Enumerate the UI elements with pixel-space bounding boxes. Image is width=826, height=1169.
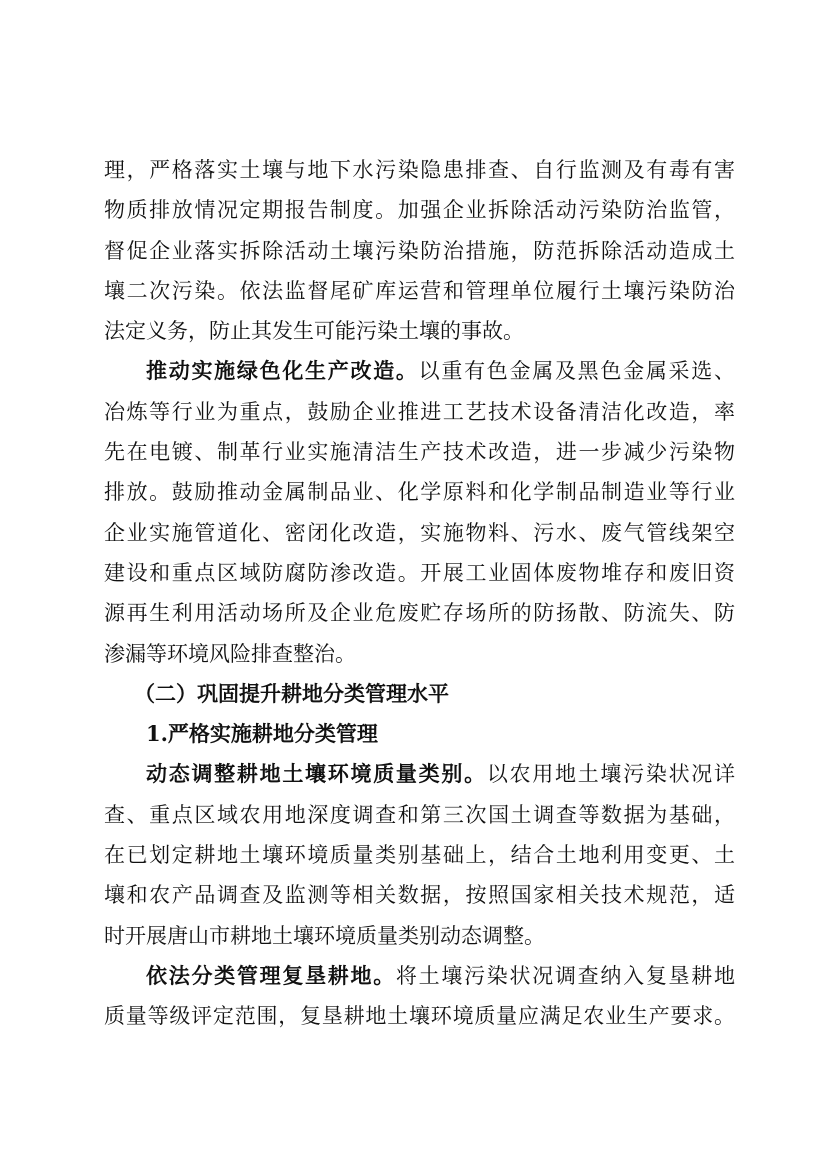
paragraph-reclaimed-farmland: 依法分类管理复垦耕地。将土壤污染状况调查纳入复垦耕地 质量等级评定范围，复垦耕地… (104, 956, 735, 1037)
text-line: 在已划定耕地土壤环境质量类别基础上，结合土地利用变更、土 (104, 835, 735, 875)
paragraph-text: 以重有色金属及黑色金属采选、 (419, 359, 735, 383)
text-line: 建设和重点区域防腐防渗改造。开展工业固体废物堆存和废旧资 (104, 553, 735, 593)
text-line: 推动实施绿色化生产改造。以重有色金属及黑色金属采选、 (104, 351, 735, 391)
text-line: 动态调整耕地土壤环境质量类别。以农用地土壤污染状况详 (104, 754, 735, 794)
paragraph-dynamic-adjustment: 动态调整耕地土壤环境质量类别。以农用地土壤污染状况详 查、重点区域农用地深度调查… (104, 754, 735, 955)
text-line: 壤和农产品调查及监测等相关数据，按照国家相关技术规范，适 (104, 875, 735, 915)
section-heading: （二）巩固提升耕地分类管理水平 (104, 674, 735, 714)
text-line: 质量等级评定范围，复垦耕地土壤环境质量应满足农业生产要求。 (104, 996, 735, 1036)
text-line: 源再生利用活动场所及企业危废贮存场所的防扬散、防流失、防 (104, 593, 735, 633)
paragraph-text: 将土壤污染状况调查纳入复垦耕地 (396, 964, 735, 988)
text-line: 依法分类管理复垦耕地。将土壤污染状况调查纳入复垦耕地 (104, 956, 735, 996)
text-line: 企业实施管道化、密闭化改造，实施物料、污水、废气管线架空 (104, 513, 735, 553)
subsection-heading: 1.严格实施耕地分类管理 (104, 714, 735, 754)
document-page: 理，严格落实土壤与地下水污染隐患排查、自行监测及有毒有害 物质排放情况定期报告制… (104, 150, 735, 1037)
text-line: 理，严格落实土壤与地下水污染隐患排查、自行监测及有毒有害 (104, 150, 735, 190)
text-line: 督促企业落实拆除活动土壤污染防治措施，防范拆除活动造成土 (104, 231, 735, 271)
text-line: 先在电镀、制革行业实施清洁生产技术改造，进一步减少污染物 (104, 432, 735, 472)
paragraph-lead-bold: 依法分类管理复垦耕地。 (146, 964, 396, 988)
text-line: 冶炼等行业为重点，鼓励企业推进工艺技术设备清洁化改造，率 (104, 392, 735, 432)
text-line: 排放。鼓励推动金属制品业、化学原料和化学制品制造业等行业 (104, 472, 735, 512)
paragraph-lead-bold: 推动实施绿色化生产改造。 (146, 359, 419, 383)
text-line: 壤二次污染。依法监督尾矿库运营和管理单位履行土壤污染防治 (104, 271, 735, 311)
paragraph-green-production: 推动实施绿色化生产改造。以重有色金属及黑色金属采选、 冶炼等行业为重点，鼓励企业… (104, 351, 735, 673)
paragraph-text: 以农用地土壤污染状况详 (487, 762, 735, 786)
text-line: 查、重点区域农用地深度调查和第三次国土调查等数据为基础， (104, 795, 735, 835)
paragraph-soil-pollution-supervision: 理，严格落实土壤与地下水污染隐患排查、自行监测及有毒有害 物质排放情况定期报告制… (104, 150, 735, 351)
paragraph-lead-bold: 动态调整耕地土壤环境质量类别。 (146, 762, 487, 786)
text-line: 渗漏等环境风险排查整治。 (104, 634, 735, 674)
text-line: 时开展唐山市耕地土壤环境质量类别动态调整。 (104, 916, 735, 956)
text-line: 法定义务，防止其发生可能污染土壤的事故。 (104, 311, 735, 351)
text-line: 物质排放情况定期报告制度。加强企业拆除活动污染防治监管， (104, 190, 735, 230)
